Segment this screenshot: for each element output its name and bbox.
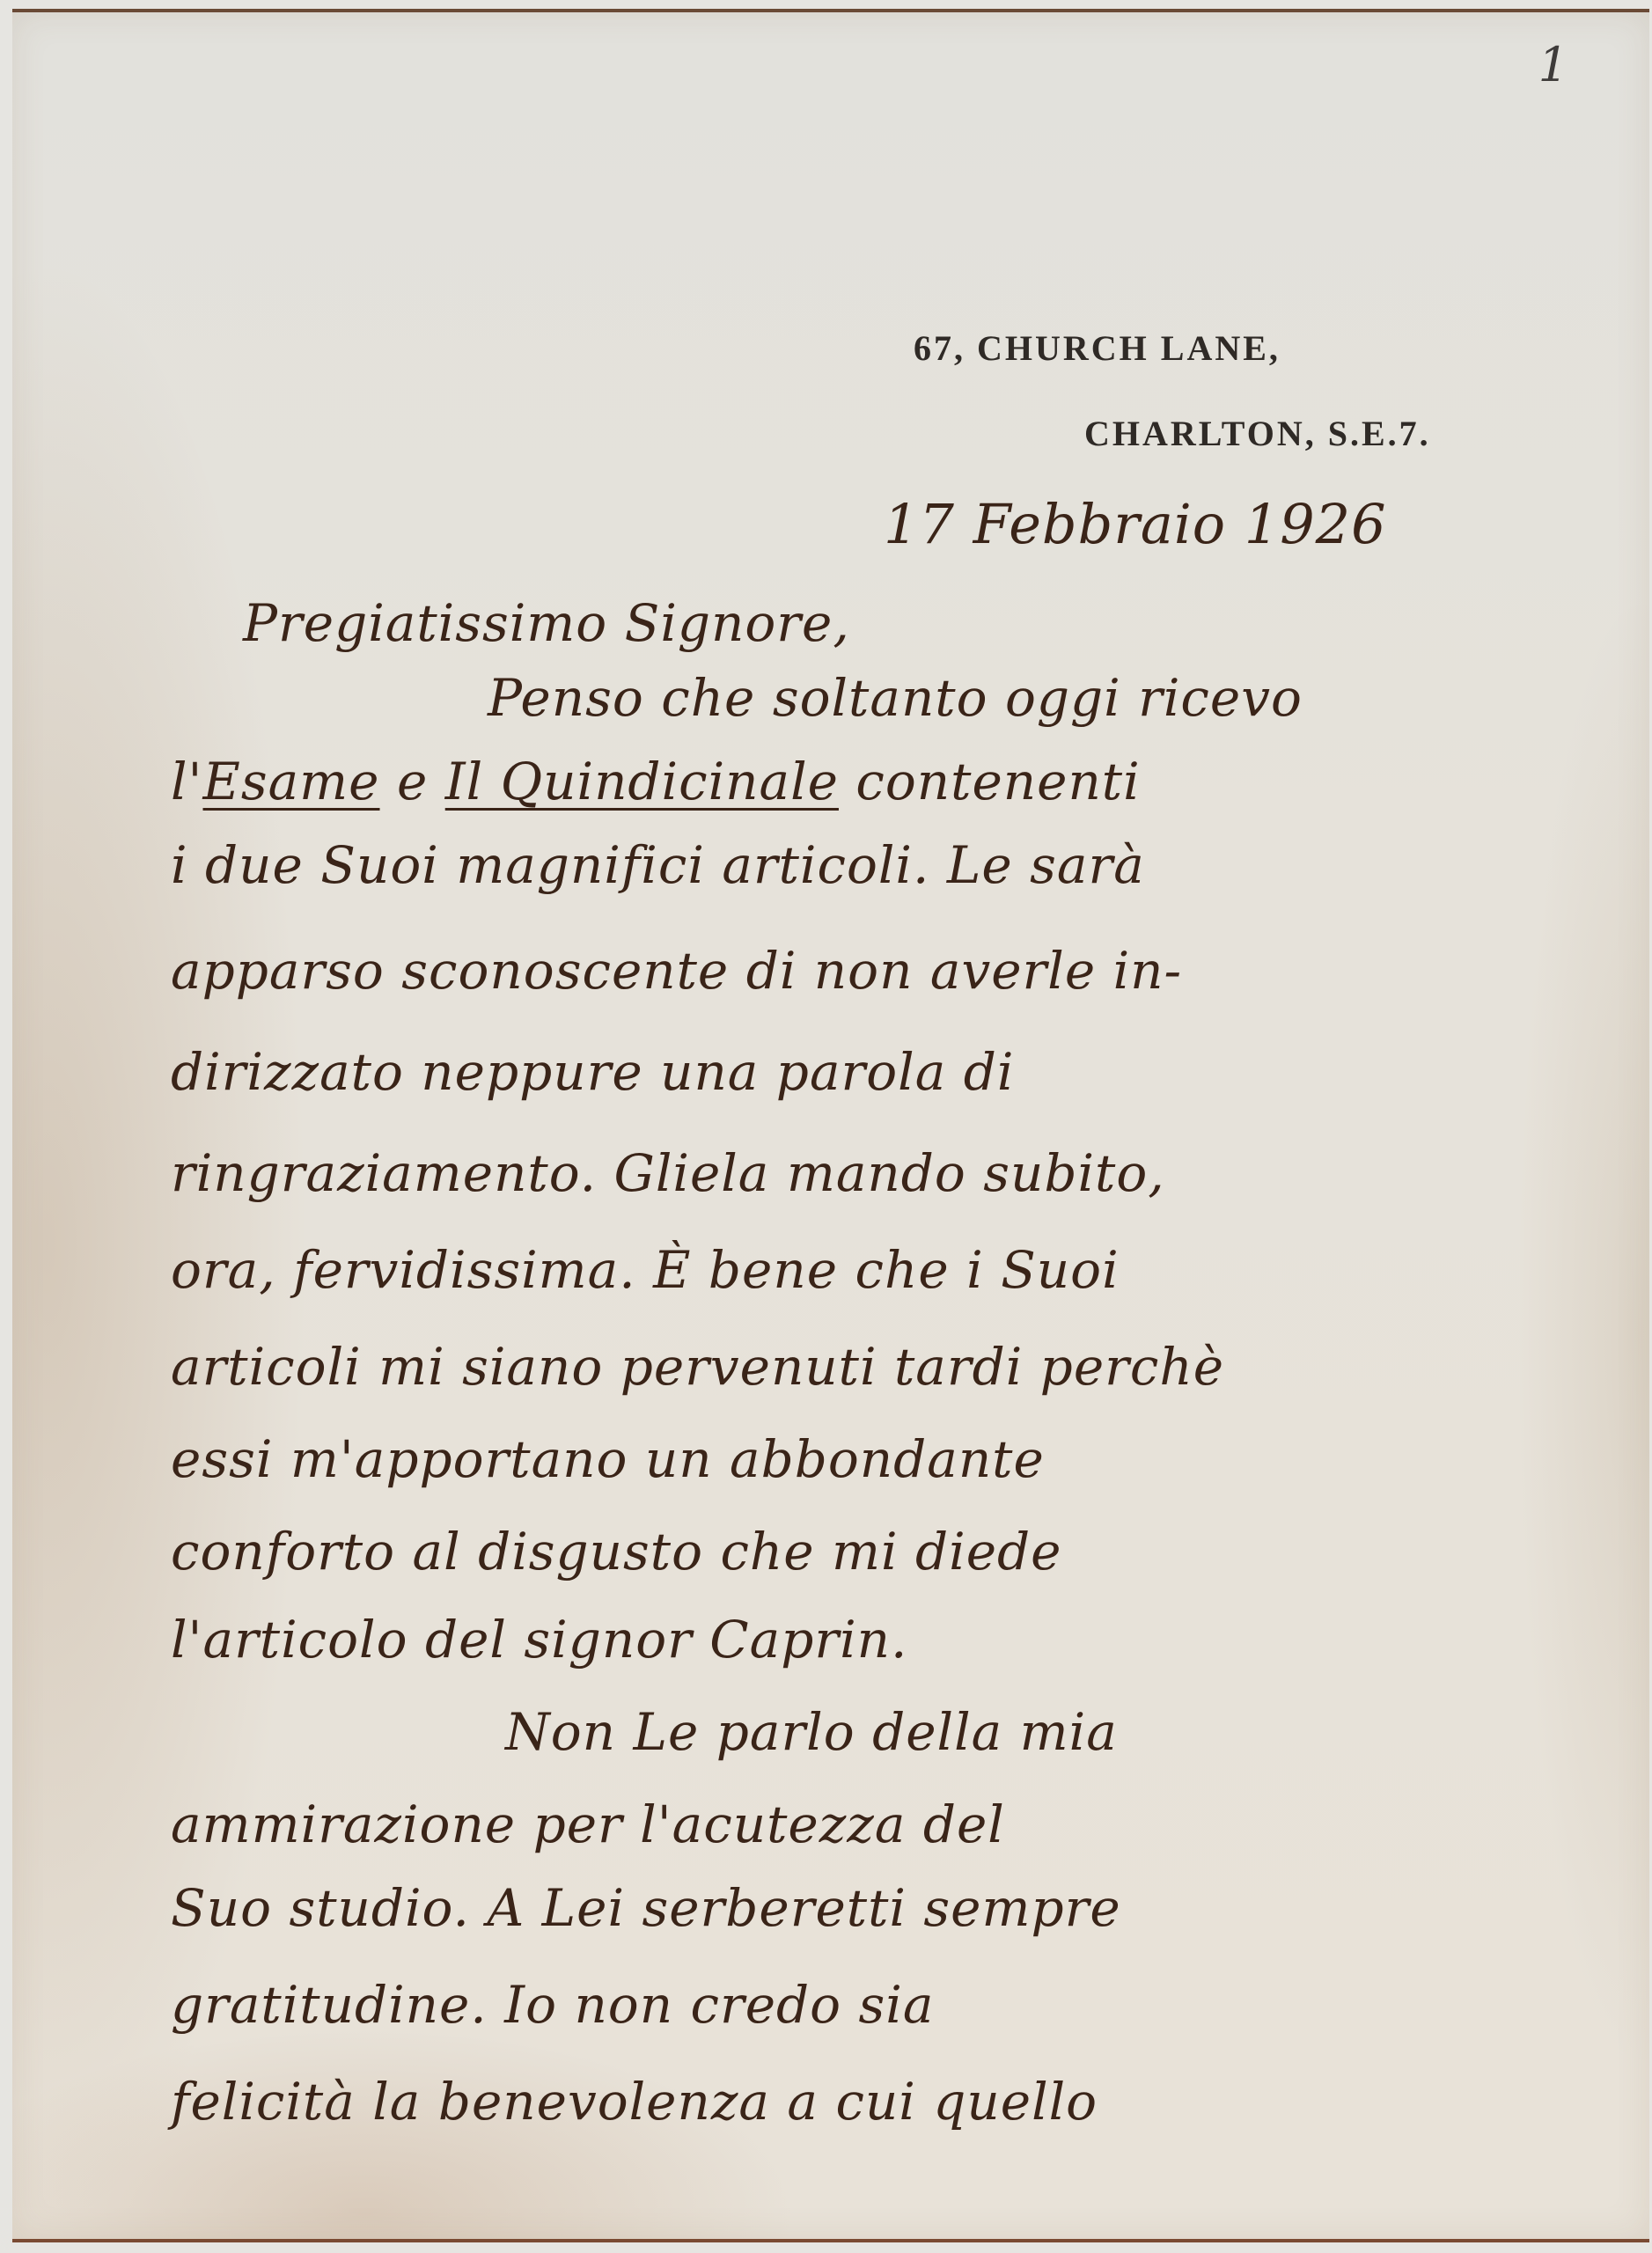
body-line: essi m'apportano un abbondante bbox=[171, 1429, 1045, 1489]
letterhead-street: 67, CHURCH LANE, bbox=[914, 327, 1281, 369]
body-line-text: l' bbox=[171, 752, 203, 811]
letterhead-city: CHARLTON, S.E.7. bbox=[1084, 413, 1431, 454]
body-line: apparso sconoscente di non averle in- bbox=[171, 941, 1182, 1001]
body-line: gratitudine. Io non credo sia bbox=[171, 1975, 934, 2035]
body-line: l'articolo del signor Caprin. bbox=[171, 1610, 907, 1670]
letter-salutation: Pregiatissimo Signore, bbox=[243, 593, 850, 653]
body-line: articoli mi siano pervenuti tardi perchè bbox=[171, 1337, 1224, 1397]
body-line: i due Suoi magnifici articoli. Le sarà bbox=[171, 835, 1145, 895]
body-line: conforto al disgusto che mi diede bbox=[171, 1522, 1062, 1582]
body-line: ringraziamento. Gliela mando subito, bbox=[171, 1143, 1165, 1203]
body-line: Penso che soltanto oggi ricevo bbox=[488, 668, 1303, 728]
body-line-text: e bbox=[380, 752, 445, 811]
body-line: ammirazione per l'acutezza del bbox=[171, 1794, 1005, 1854]
body-line: felicità la benevolenza a cui quello bbox=[171, 2072, 1098, 2132]
letter-date: 17 Febbraio 1926 bbox=[884, 492, 1387, 556]
photo-frame: 1 67, CHURCH LANE, CHARLTON, S.E.7. 17 F… bbox=[0, 0, 1652, 2253]
letter-sheet: 1 67, CHURCH LANE, CHARLTON, S.E.7. 17 F… bbox=[12, 9, 1649, 2242]
body-line: l'Esame e Il Quindicinale contenenti bbox=[171, 752, 1141, 811]
body-line: dirizzato neppure una parola di bbox=[171, 1042, 1014, 1102]
page-number: 1 bbox=[1538, 37, 1568, 92]
body-line: Suo studio. A Lei serberetti sempre bbox=[171, 1878, 1121, 1938]
body-line: ora, fervidissima. È bene che i Suoi bbox=[171, 1240, 1120, 1300]
periodical-title: Il Quindicinale bbox=[445, 752, 839, 811]
periodical-title: Esame bbox=[203, 752, 380, 811]
body-line-text: contenenti bbox=[839, 752, 1141, 811]
body-line: Non Le parlo della mia bbox=[505, 1702, 1118, 1762]
